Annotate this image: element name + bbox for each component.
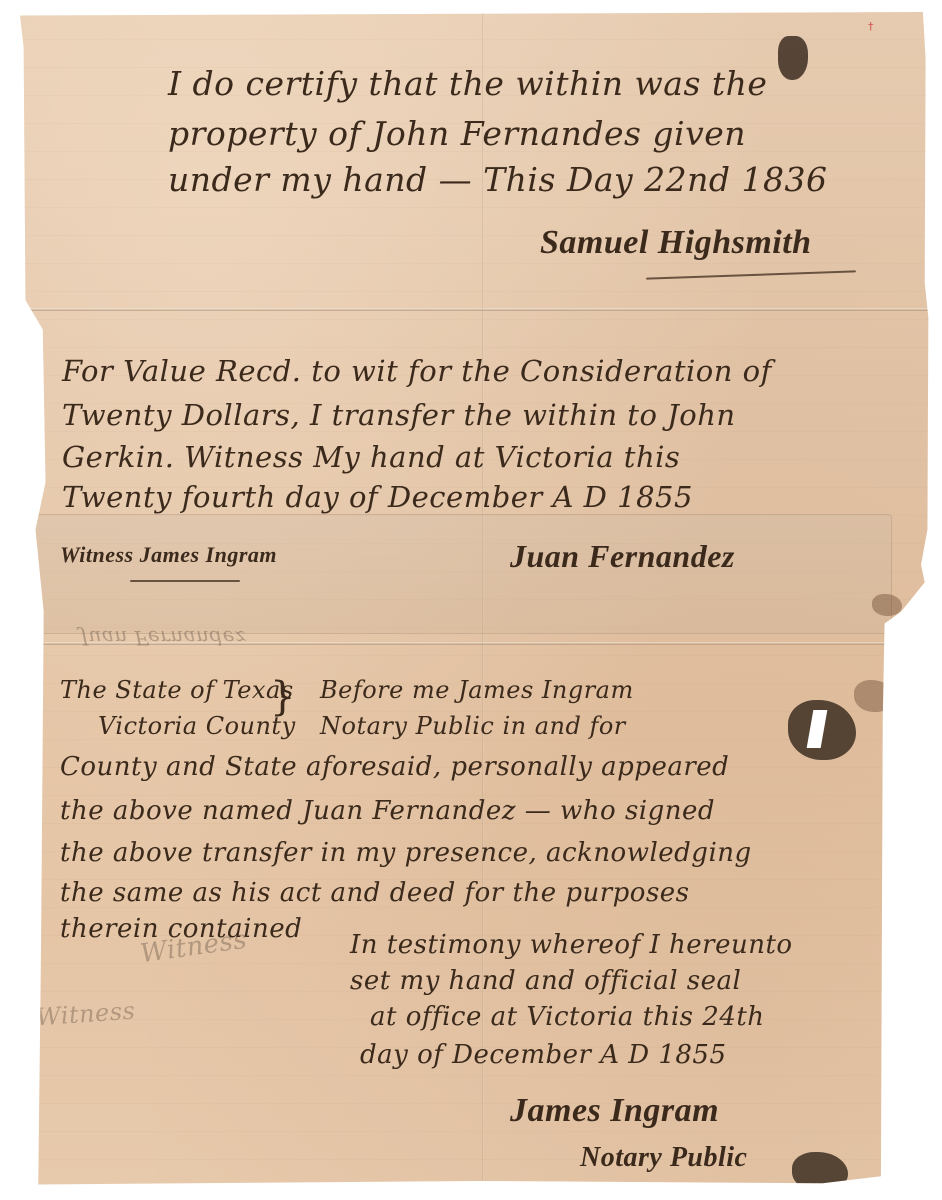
text-line: County and State aforesaid, personally a… (60, 752, 729, 782)
text-line: I do certify that the within was the (168, 64, 767, 103)
heading-notary: Notary Public in and for (320, 712, 626, 740)
text-line: at office at Victoria this 24th (370, 1002, 765, 1032)
witness-signature: Witness James Ingram (60, 542, 277, 568)
heading-county: Victoria County (98, 712, 296, 740)
signature-flourish (130, 580, 240, 582)
text-line: In testimony whereof I hereunto (350, 930, 793, 960)
text-line: the same as his act and deed for the pur… (60, 878, 690, 908)
text-line: the above named Juan Fernandez — who sig… (60, 796, 715, 826)
heading-state: The State of Texas (60, 676, 294, 704)
text-line: Twenty fourth day of December A D 1855 (62, 480, 693, 514)
text-line: day of December A D 1855 (360, 1040, 727, 1070)
fold-line-horizontal (20, 308, 932, 311)
notary-public-title: Notary Public (580, 1142, 748, 1174)
heading-before-me: Before me James Ingram (320, 676, 634, 704)
brace: } (270, 674, 296, 720)
ink-stain (778, 36, 808, 80)
text-line: under my hand — This Day 22nd 1836 (168, 160, 828, 199)
text-line: set my hand and official seal (350, 966, 741, 996)
text-line: property of John Fernandes given (168, 114, 746, 153)
signature-james-ingram: James Ingram (510, 1092, 719, 1130)
text-line: Gerkin. Witness My hand at Victoria this (62, 440, 680, 474)
signature-band (30, 514, 892, 634)
bleedthrough-text: Juan Fernandez (80, 626, 246, 650)
document-paper: † I do certify that the within was the p… (20, 12, 932, 1188)
water-stain (872, 594, 902, 616)
ink-stain (792, 1152, 848, 1192)
red-mark: † (868, 20, 874, 33)
text-line: Twenty Dollars, I transfer the within to… (62, 398, 736, 432)
water-stain (854, 680, 894, 712)
signature-juan-fernandez: Juan Fernandez (510, 538, 735, 575)
text-line: the above transfer in my presence, ackno… (60, 838, 752, 868)
signature-samuel-highsmith: Samuel Highsmith (540, 224, 812, 262)
page: † I do certify that the within was the p… (0, 0, 942, 1200)
text-line: For Value Recd. to wit for the Considera… (62, 354, 772, 388)
text-line: therein contained (60, 914, 302, 944)
